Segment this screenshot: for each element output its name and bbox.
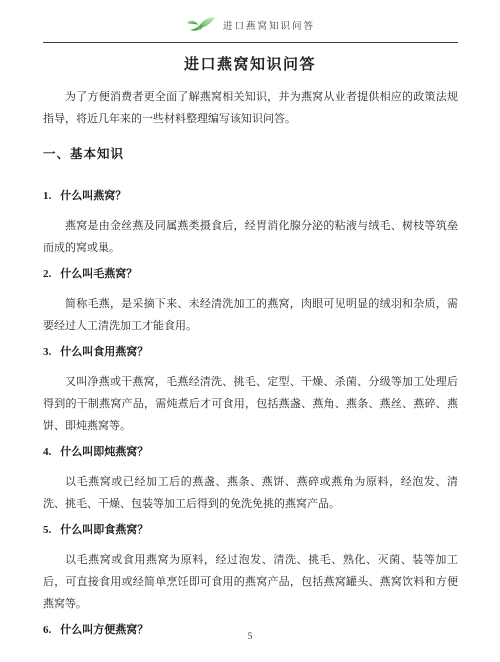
qa-item: 3.什么叫食用燕窝？ 又叫净燕或干燕窝，毛燕经清洗、挑毛、定型、干燥、杀菌、分级… — [43, 341, 458, 437]
question-number: 4. — [43, 441, 51, 463]
question-number: 5. — [43, 519, 51, 541]
qa-item: 4.什么叫即炖燕窝？ 以毛燕窝或已经加工后的燕盏、燕条、燕饼、燕碎或燕角为原料，… — [43, 441, 458, 515]
question-number: 2. — [43, 263, 51, 285]
answer-4: 以毛燕窝或已经加工后的燕盏、燕条、燕饼、燕碎或燕角为原料，经泡发、清洗、挑毛、干… — [43, 471, 458, 515]
document-body: 为了方便消费者更全面了解燕窝相关知识，并为燕窝从业者提供相应的政策法规指导，将近… — [43, 86, 458, 641]
question-text: 什么叫食用燕窝？ — [60, 346, 148, 358]
answer-5: 以毛燕窝或食用燕窝为原料，经过泡发、清洗、挑毛、熟化、灭菌、装等加工后，可直接食… — [43, 549, 458, 615]
document-page: 进口燕窝知识问答 进口燕窝知识问答 为了方便消费者更全面了解燕窝相关知识，并为燕… — [0, 0, 500, 662]
section-heading-basic-knowledge: 一、基本知识 — [43, 143, 458, 165]
question-text: 什么叫即食燕窝？ — [60, 524, 148, 536]
qa-item: 1.什么叫燕窝？ 燕窝是由金丝燕及同属燕类摄食后，经胃消化腺分泌的粘液与绒毛、树… — [43, 185, 458, 259]
question-3: 3.什么叫食用燕窝？ — [43, 341, 458, 363]
page-header-brand: 进口燕窝知识问答 — [186, 16, 315, 34]
qa-item: 5.什么叫即食燕窝？ 以毛燕窝或食用燕窝为原料，经过泡发、清洗、挑毛、熟化、灭菌… — [43, 519, 458, 615]
question-text: 什么叫燕窝？ — [60, 190, 126, 202]
answer-1: 燕窝是由金丝燕及同属燕类摄食后，经胃消化腺分泌的粘液与绒毛、树枝等筑垒而成的窝或… — [43, 215, 458, 259]
question-4: 4.什么叫即炖燕窝？ — [43, 441, 458, 463]
question-text: 什么叫即炖燕窝？ — [60, 446, 148, 458]
question-number: 1. — [43, 185, 51, 207]
page-number: 5 — [0, 632, 500, 642]
header-running-title: 进口燕窝知识问答 — [223, 18, 315, 32]
qa-item: 2.什么叫毛燕窝？ 简称毛燕，是采摘下来、未经清洗加工的燕窝，肉眼可见明显的绒羽… — [43, 263, 458, 337]
question-1: 1.什么叫燕窝？ — [43, 185, 458, 207]
question-text: 什么叫毛燕窝？ — [60, 268, 137, 280]
document-title: 进口燕窝知识问答 — [0, 53, 500, 77]
question-2: 2.什么叫毛燕窝？ — [43, 263, 458, 285]
question-number: 3. — [43, 341, 51, 363]
swallow-logo-icon — [186, 16, 216, 34]
intro-paragraph: 为了方便消费者更全面了解燕窝相关知识，并为燕窝从业者提供相应的政策法规指导，将近… — [43, 86, 458, 130]
page-header: 进口燕窝知识问答 — [43, 0, 458, 43]
question-5: 5.什么叫即食燕窝？ — [43, 519, 458, 541]
answer-3: 又叫净燕或干燕窝，毛燕经清洗、挑毛、定型、干燥、杀菌、分级等加工处理后得到的干制… — [43, 371, 458, 437]
answer-2: 简称毛燕，是采摘下来、未经清洗加工的燕窝，肉眼可见明显的绒羽和杂质，需要经过人工… — [43, 293, 458, 337]
